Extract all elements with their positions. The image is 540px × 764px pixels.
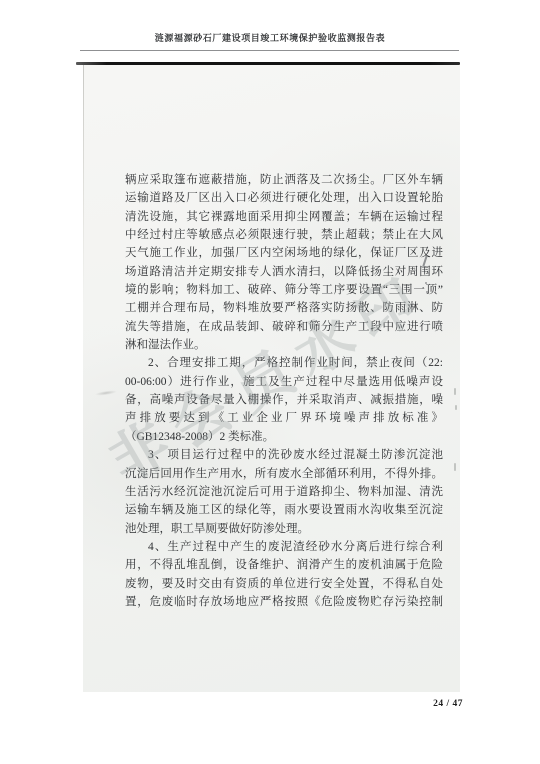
scan-speck (454, 388, 456, 395)
page-number: 24 / 47 (0, 699, 463, 709)
pen-mark-dot (427, 272, 429, 274)
text-line: 工棚并合理布局，物料堆放要严格落实防扬散、防雨淋、防 (125, 299, 443, 317)
text-line: 声排放要达到《工业企业厂界环境噪声排放标准》 (125, 409, 443, 427)
pen-mark-dot (426, 291, 428, 293)
text-line: 3、项目运行过程中的洗砂废水经过混凝土防渗沉淀池 (125, 446, 443, 464)
text-line: 备，高噪声设备尽量入棚操作，并采取消声、减振措施，噪 (125, 391, 443, 409)
page-text: 辆应采取篷布遮蔽措施，防止洒落及二次扬尘。厂区外车辆运输道路及厂区出入口必须进行… (125, 171, 443, 611)
text-line: 运输道路及厂区出入口必须进行硬化处理，出入口设置轮胎 (125, 189, 443, 207)
text-line: 池处理，职工旱厕要做好防渗处理。 (125, 520, 443, 538)
report-header-title: 涟源福源砂石厂建设项目竣工环境保护验收监测报告表 (0, 31, 540, 44)
scanned-sheet: 辆应采取篷布遮蔽措施，防止洒落及二次扬尘。厂区外车辆运输道路及厂区出入口必须进行… (83, 65, 460, 692)
text-line: 运输车辆及施工区的绿化等，雨水要设置雨水沟收集至沉淀 (125, 501, 443, 519)
scan-smudge (95, 389, 117, 396)
document-page: 涟源福源砂石厂建设项目竣工环境保护验收监测报告表 辆应采取篷布遮蔽措施，防止洒落… (0, 0, 540, 764)
text-line: 废物，要及时交由有资质的单位进行安全处置，不得私自处 (125, 575, 443, 593)
text-line: 流失等措施，在成品装卸、破碎和筛分生产工段中应进行喷 (125, 318, 443, 336)
header-rule (80, 50, 459, 51)
text-line: 00-06:00）进行作业，施工及生产过程中尽量选用低噪声设 (125, 373, 443, 391)
scan-speck (455, 405, 457, 410)
text-line: 置，危废临时存放场地应严格按照《危险废物贮存污染控制 (125, 593, 443, 611)
text-line: 清洗设施，其它裸露地面采用抑尘网覆盖；车辆在运输过程 (125, 208, 443, 226)
text-line: 2、合理安排工期，严格控制作业时间，禁止夜间（22: (125, 354, 443, 372)
scan-speck (454, 463, 456, 471)
text-line: 沉淀后回用作生产用水，所有废水全部循环利用，不得外排。 (125, 465, 443, 483)
text-line: 辆应采取篷布遮蔽措施，防止洒落及二次扬尘。厂区外车辆 (125, 171, 443, 189)
text-line: 生活污水经沉淀池沉淀后可用于道路抑尘、物料加湿、清洗 (125, 483, 443, 501)
text-line: 4、生产过程中产生的废泥渣经砂水分离后进行综合利 (125, 538, 443, 556)
text-line: 天气施工作业，加强厂区内空闲场地的绿化，保证厂区及进 (125, 244, 443, 262)
pen-mark-dot (425, 282, 427, 284)
text-line: 淋和湿法作业。 (125, 336, 443, 354)
text-line: 境的影响；物料加工、破碎、筛分等工序要设置“三围一顶” (125, 281, 443, 299)
text-line: （GB12348-2008）2 类标准。 (125, 428, 443, 446)
text-line: 用，不得乱堆乱倒，设备维护、润滑产生的废机油属于危险 (125, 556, 443, 574)
text-line: 场道路清洁并定期安排专人洒水清扫，以降低扬尘对周围环 (125, 263, 443, 281)
text-line: 中经过村庄等敏感点必须限速行驶，禁止超载；禁止在大风 (125, 226, 443, 244)
sheet-left-edge (83, 65, 84, 305)
